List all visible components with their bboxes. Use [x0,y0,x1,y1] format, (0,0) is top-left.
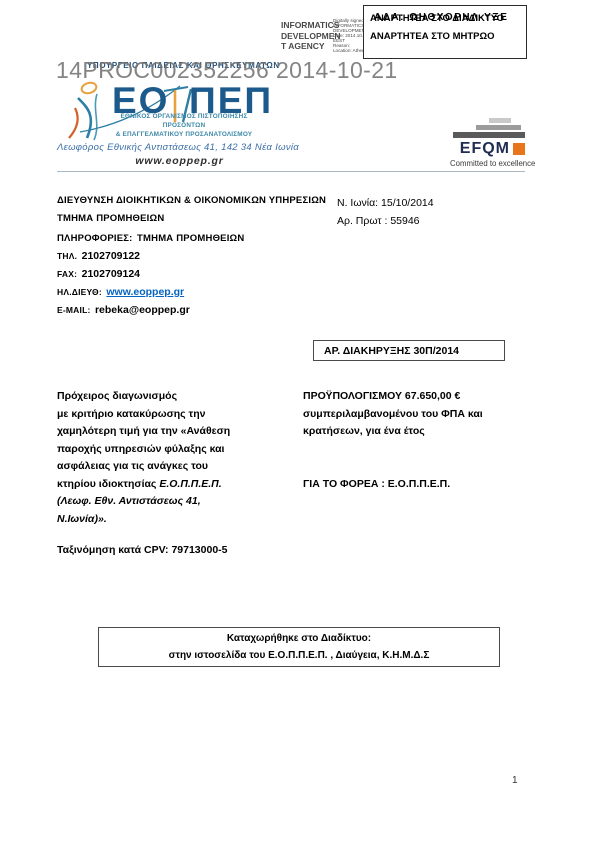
tender-description-line: Πρόχειρος διαγωνισμός [57,388,302,406]
contracting-authority: ΓΙΑ ΤΟ ΦΟΡΕΑ : Ε.Ο.Π.Π.Ε.Π. [303,478,450,490]
email-value: rebeka@eoppep.gr [95,304,190,316]
efqm-bar-top [489,118,511,123]
place-date-line: Ν. Ιωνία: 15/10/2014 [337,194,434,212]
tender-description-line: χαμηλότερη τιμή για την «Ανάθεση [57,423,302,441]
eoppep-logo-caption: ΕΘΝΙΚΟΣ ΟΡΓΑΝΙΣΜΟΣ ΠΙΣΤΟΠΟΙΗΣΗΣ ΠΡΟΣΟΝΤΩ… [104,112,264,139]
stamp-line: T AGENCY [281,41,341,52]
cpv-classification: Ταξινόμηση κατά CPV: 79713000-5 [57,544,228,556]
budget-line: ΠΡΟΫΠΟΛΟΓΙΣΜΟΥ 67.650,00 € [303,388,553,406]
budget-line: κρατήσεων, για ένα έτος [303,423,553,441]
fax-line: FAX: 2102709124 [57,264,326,282]
document-date: 15/10/2014 [381,197,434,209]
efqm-bar-bottom [453,132,525,138]
tender-description-line: Ν.Ιωνία)». [57,511,302,529]
ada-publication-box: ΑΔΑ: ΩΗΘΧΟΡΗΛ-ΥΞΕ ΑΝΑΡΤΗΤΕΑ ΣΤΟ ΔΙΑΔΙΚΤΥ… [363,5,527,59]
tender-number-box: ΑΡ. ΔΙΑΚΗΡΥΞΗΣ 30Π/2014 [313,340,505,361]
org-address: Λεωφόρος Εθνικής Αντιστάσεως 41, 142 34 … [57,142,299,153]
registration-line: Καταχωρήθηκε στο Διαδίκτυο: [99,630,499,647]
stamp-line: INFORMATICS [281,20,341,31]
internet-registration-box: Καταχωρήθηκε στο Διαδίκτυο: στην ιστοσελ… [98,627,500,667]
tender-description-line: με κριτήριο κατακύρωσης την [57,406,302,424]
protocol-number: 55946 [390,215,419,227]
website-link[interactable]: www.eoppep.gr [106,286,184,298]
stamp-line: DEVELOPMEN [281,31,341,42]
phone-line: ΤΗΛ. 2102709122 [57,246,326,264]
tender-description-line: (Λεωφ. Εθν. Αντιστάσεως 41, [57,493,302,511]
department-line: ΔΙΕΥΘΥΝΣΗ ΔΙΟΙΚΗΤΙΚΩΝ & ΟΙΚΟΝΟΜΙΚΩΝ ΥΠΗΡ… [57,192,326,210]
document-page: INFORMATICS DEVELOPMEN T AGENCY Digitall… [0,0,595,842]
unit-line: ΤΜΗΜΑ ΠΡΟΜΗΘΕΙΩΝ [57,210,326,228]
efqm-tagline: Committed to excellence [450,159,525,168]
date-protocol-block: Ν. Ιωνία: 15/10/2014 Αρ. Πρωτ : 55946 [337,194,434,230]
efqm-logo: EFQM Committed to excellence [450,118,525,168]
tender-description: Πρόχειρος διαγωνισμός με κριτήριο κατακύ… [57,388,302,528]
tender-description-line: ασφάλειας για τις ανάγκες του [57,458,302,476]
budget-block: ΠΡΟΫΠΟΛΟΓΙΣΜΟΥ 67.650,00 € συμπεριλαμβαν… [303,388,553,441]
header-divider [57,171,525,172]
registry-posting-label: ΑΝΑΡΤΗΤΕΑ ΣΤΟ ΜΗΤΡΩΟ [370,31,495,42]
informatics-agency-stamp: INFORMATICS DEVELOPMEN T AGENCY [281,20,341,52]
page-number: 1 [512,775,518,786]
tender-description-line: παροχής υπηρεσιών φύλαξης και [57,441,302,459]
efqm-orange-square [513,143,525,155]
internet-posting-label: ΑΝΑΡΤΗΤΕΑ ΣΤΟ ΔΙΑΔΙΚΤΥΟ [370,13,504,24]
budget-line: συμπεριλαμβανομένου του ΦΠΑ και [303,406,553,424]
registration-line: στην ιστοσελίδα του Ε.Ο.Π.Π.Ε.Π. , Διαύγ… [99,647,499,664]
efqm-bar-mid [476,125,521,130]
contact-block: ΔΙΕΥΘΥΝΣΗ ΔΙΟΙΚΗΤΙΚΩΝ & ΟΙΚΟΝΟΜΙΚΩΝ ΥΠΗΡ… [57,192,326,318]
web-line: ΗΛ.ΔΙΕΥΘ: www.eoppep.gr [57,282,326,300]
org-website: www.eoppep.gr [57,155,302,167]
email-line: E-MAIL: rebeka@eoppep.gr [57,300,326,318]
ada-overlap-line: ΑΔΑ: ΩΗΘΧΟΡΗΛ-ΥΞΕ ΑΝΑΡΤΗΤΕΑ ΣΤΟ ΔΙΑΔΙΚΤΥ… [364,12,526,26]
efqm-wordmark: EFQM [460,140,510,158]
info-line: ΠΛΗΡΟΦΟΡΙΕΣ: ΤΜΗΜΑ ΠΡΟΜΗΘΕΙΩΝ [57,228,326,246]
tender-description-line: κτηρίου ιδιοκτησίας Ε.Ο.Π.Π.Ε.Π. [57,476,302,494]
protocol-line: Αρ. Πρωτ : 55946 [337,212,434,230]
